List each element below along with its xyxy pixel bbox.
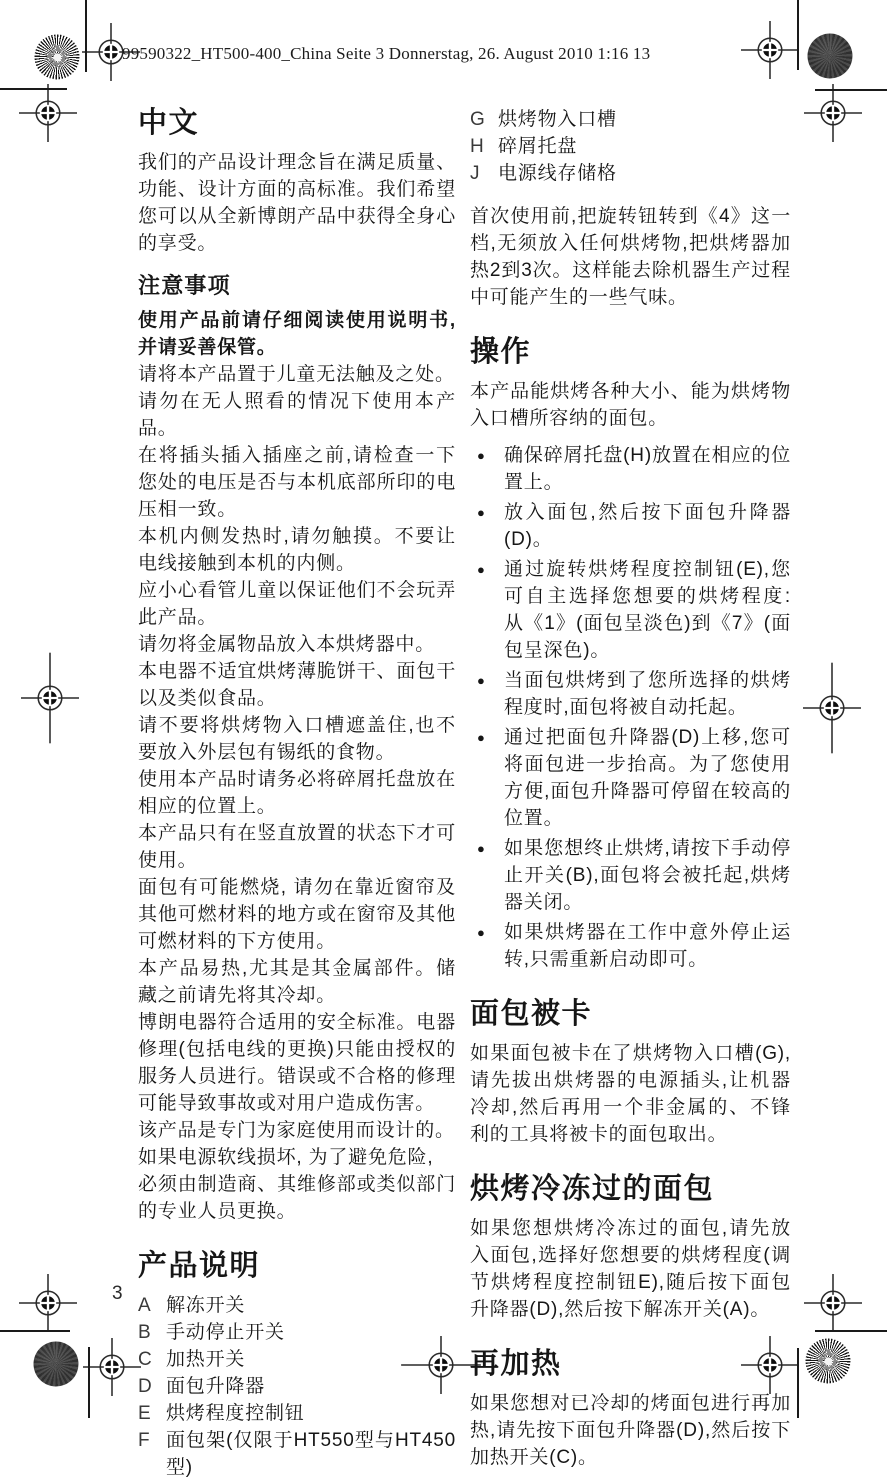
- part-letter: D: [138, 1373, 166, 1400]
- notice-paragraph: 博朗电器符合适用的安全标准。电器修理(包括电线的更换)只能由授权的服务人员进行。…: [138, 1009, 456, 1117]
- notice-paragraph: 使用本产品时请务必将碎屑托盘放在相应的位置上。: [138, 766, 456, 820]
- left-column: 中文 我们的产品设计理念旨在满足质量、 功能、设计方面的高标准。我们希望您可以从…: [138, 106, 456, 1418]
- part-letter: B: [138, 1319, 166, 1346]
- starburst-control-patch-icon: [35, 35, 80, 80]
- part-label: 电源线存储格: [498, 160, 791, 187]
- operation-bullet: 通过旋转烘烤程度控制钮(E),您可自主选择您想要的烘烤程度: 从《1》(面包呈淡…: [470, 556, 791, 664]
- notice-bold-note: 使用产品前请仔细阅读使用说明书,并请妥善保管。: [138, 307, 456, 361]
- language-title: 中文: [138, 106, 456, 140]
- registration-mark-icon: [19, 1274, 77, 1332]
- notice-paragraphs: 请将本产品置于儿童无法触及之处。 请勿在无人照看的情况下使用本产品。 在将插头插…: [138, 361, 456, 1225]
- notice-paragraph: 请勿将金属物品放入本烘烤器中。: [138, 631, 456, 658]
- part-label: 手动停止开关: [166, 1319, 456, 1346]
- registration-mark-icon: [21, 669, 79, 727]
- part-letter: E: [138, 1400, 166, 1418]
- page-number: 3: [112, 1283, 123, 1305]
- print-slug-header: 99590322_HT500-400_China Seite 3 Donners…: [122, 44, 650, 64]
- stuck-heading: 面包被卡: [470, 997, 791, 1031]
- part-item: E 烘烤程度控制钮: [138, 1400, 456, 1418]
- notice-paragraph: 请将本产品置于儿童无法触及之处。: [138, 361, 456, 388]
- trim-line: [797, 0, 799, 70]
- part-letter: C: [138, 1346, 166, 1373]
- part-letter: G: [470, 106, 498, 133]
- operation-heading: 操作: [470, 335, 791, 369]
- ink-control-patch-icon: [808, 34, 853, 79]
- manual-page: 99590322_HT500-400_China Seite 3 Donners…: [0, 0, 887, 1418]
- trim-line: [815, 1330, 887, 1332]
- part-label: 烘烤程度控制钮: [166, 1400, 456, 1418]
- part-label: 加热开关: [166, 1346, 456, 1373]
- trim-line: [797, 1348, 799, 1418]
- right-column: G 烘烤物入口槽 H 碎屑托盘 J 电源线存储格 首次使用前,把旋转钮转到《4》…: [470, 106, 791, 1418]
- notice-paragraph: 本机内侧发热时,请勿触摸。不要让电线接触到本机的内侧。: [138, 523, 456, 577]
- notice-paragraph: 如果电源软线损坏, 为了避免危险,: [138, 1144, 456, 1171]
- notice-heading: 注意事项: [138, 272, 456, 300]
- notice-paragraph: 本产品易热,尤其是其金属部件。储藏之前请先将其冷却。: [138, 955, 456, 1009]
- part-label: 解冻开关: [166, 1292, 456, 1319]
- operation-bullet: 如果烘烤器在工作中意外停止运转,只需重新启动即可。: [470, 919, 791, 973]
- registration-mark-icon: [19, 84, 77, 142]
- trim-line: [88, 1347, 90, 1418]
- notice-paragraph: 本电器不适宜烘烤薄脆饼干、面包干以及类似食品。: [138, 658, 456, 712]
- frozen-paragraph: 如果您想烘烤冷冻过的面包,请先放入面包,选择好您想要的烘烤程度(调节烘烤程度控制…: [470, 1215, 791, 1323]
- notice-paragraph: 应小心看管儿童以保证他们不会玩弄此产品。: [138, 577, 456, 631]
- part-item: D 面包升降器: [138, 1373, 456, 1400]
- part-item: J 电源线存储格: [470, 160, 791, 187]
- operation-bullet-list: 确保碎屑托盘(H)放置在相应的位置上。 放入面包,然后按下面包升降器(D)。 通…: [470, 442, 791, 973]
- operation-bullet: 放入面包,然后按下面包升降器(D)。: [470, 499, 791, 553]
- part-item: H 碎屑托盘: [470, 133, 791, 160]
- product-parts-list-a-f: A 解冻开关 B 手动停止开关 C 加热开关 D 面包升降器: [138, 1292, 456, 1418]
- registration-mark-icon: [804, 1274, 862, 1332]
- trim-line: [85, 0, 87, 72]
- product-parts-list-g-j: G 烘烤物入口槽 H 碎屑托盘 J 电源线存储格: [470, 106, 791, 187]
- notice-paragraph: 该产品是专门为家庭使用而设计的。: [138, 1117, 456, 1144]
- registration-mark-icon: [741, 21, 799, 79]
- notice-paragraph: 面包有可能燃烧, 请勿在靠近窗帘及其他可燃材料的地方或在窗帘及其他可燃材料的下方…: [138, 874, 456, 955]
- operation-bullet: 当面包烘烤到了您所选择的烘烤程度时,面包将被自动托起。: [470, 667, 791, 721]
- part-label: 烘烤物入口槽: [498, 106, 791, 133]
- part-item: B 手动停止开关: [138, 1319, 456, 1346]
- notice-paragraph: 请不要将烘烤物入口槽遮盖住,也不要放入外层包有锡纸的食物。: [138, 712, 456, 766]
- part-item: G 烘烤物入口槽: [470, 106, 791, 133]
- operation-bullet: 通过把面包升降器(D)上移,您可将面包进一步抬高。为了您使用方便,面包升降器可停…: [470, 724, 791, 832]
- notice-paragraph: 在将插头插入插座之前,请检查一下您处的电压是否与本机底部所印的电压相一致。: [138, 442, 456, 523]
- frozen-heading: 烘烤冷冻过的面包: [470, 1172, 791, 1206]
- first-use-paragraph: 首次使用前,把旋转钮转到《4》这一档,无须放入任何烘烤物,把烘烤器加热2到3次。…: [470, 203, 791, 311]
- part-label: 碎屑托盘: [498, 133, 791, 160]
- operation-bullet: 如果您想终止烘烤,请按下手动停止开关(B),面包将会被托起,烘烤器关闭。: [470, 835, 791, 916]
- trim-line: [0, 88, 67, 90]
- part-letter: J: [470, 160, 498, 187]
- notice-paragraph: 本产品只有在竖直放置的状态下才可使用。: [138, 820, 456, 874]
- stuck-paragraph: 如果面包被卡在了烘烤物入口槽(G),请先拔出烘烤器的电源插头,让机器冷却,然后再…: [470, 1040, 791, 1148]
- trim-line: [815, 89, 887, 91]
- notice-paragraph: 必须由制造商、其维修部或类似部门的专业人员更换。: [138, 1171, 456, 1225]
- reheat-heading: 再加热: [470, 1347, 791, 1381]
- part-letter: H: [470, 133, 498, 160]
- intro-paragraph: 我们的产品设计理念旨在满足质量、 功能、设计方面的高标准。我们希望您可以从全新博…: [138, 149, 456, 257]
- reheat-paragraph: 如果您想对已冷却的烤面包进行再加热,请先按下面包升降器(D),然后按下加热开关(…: [470, 1390, 791, 1418]
- notice-paragraph: 请勿在无人照看的情况下使用本产品。: [138, 388, 456, 442]
- part-item: A 解冻开关: [138, 1292, 456, 1319]
- starburst-control-patch-icon: [806, 1339, 851, 1384]
- registration-mark-icon: [804, 84, 862, 142]
- registration-mark-icon: [83, 1338, 141, 1396]
- operation-bullet: 确保碎屑托盘(H)放置在相应的位置上。: [470, 442, 791, 496]
- part-label: 面包升降器: [166, 1373, 456, 1400]
- operation-intro: 本产品能烘烤各种大小、能为烘烤物入口槽所容纳的面包。: [470, 378, 791, 432]
- part-letter: A: [138, 1292, 166, 1319]
- registration-mark-icon: [803, 679, 861, 737]
- ink-control-patch-icon: [34, 1342, 79, 1387]
- trim-line: [0, 1330, 70, 1332]
- product-description-heading: 产品说明: [138, 1249, 456, 1283]
- part-item: C 加热开关: [138, 1346, 456, 1373]
